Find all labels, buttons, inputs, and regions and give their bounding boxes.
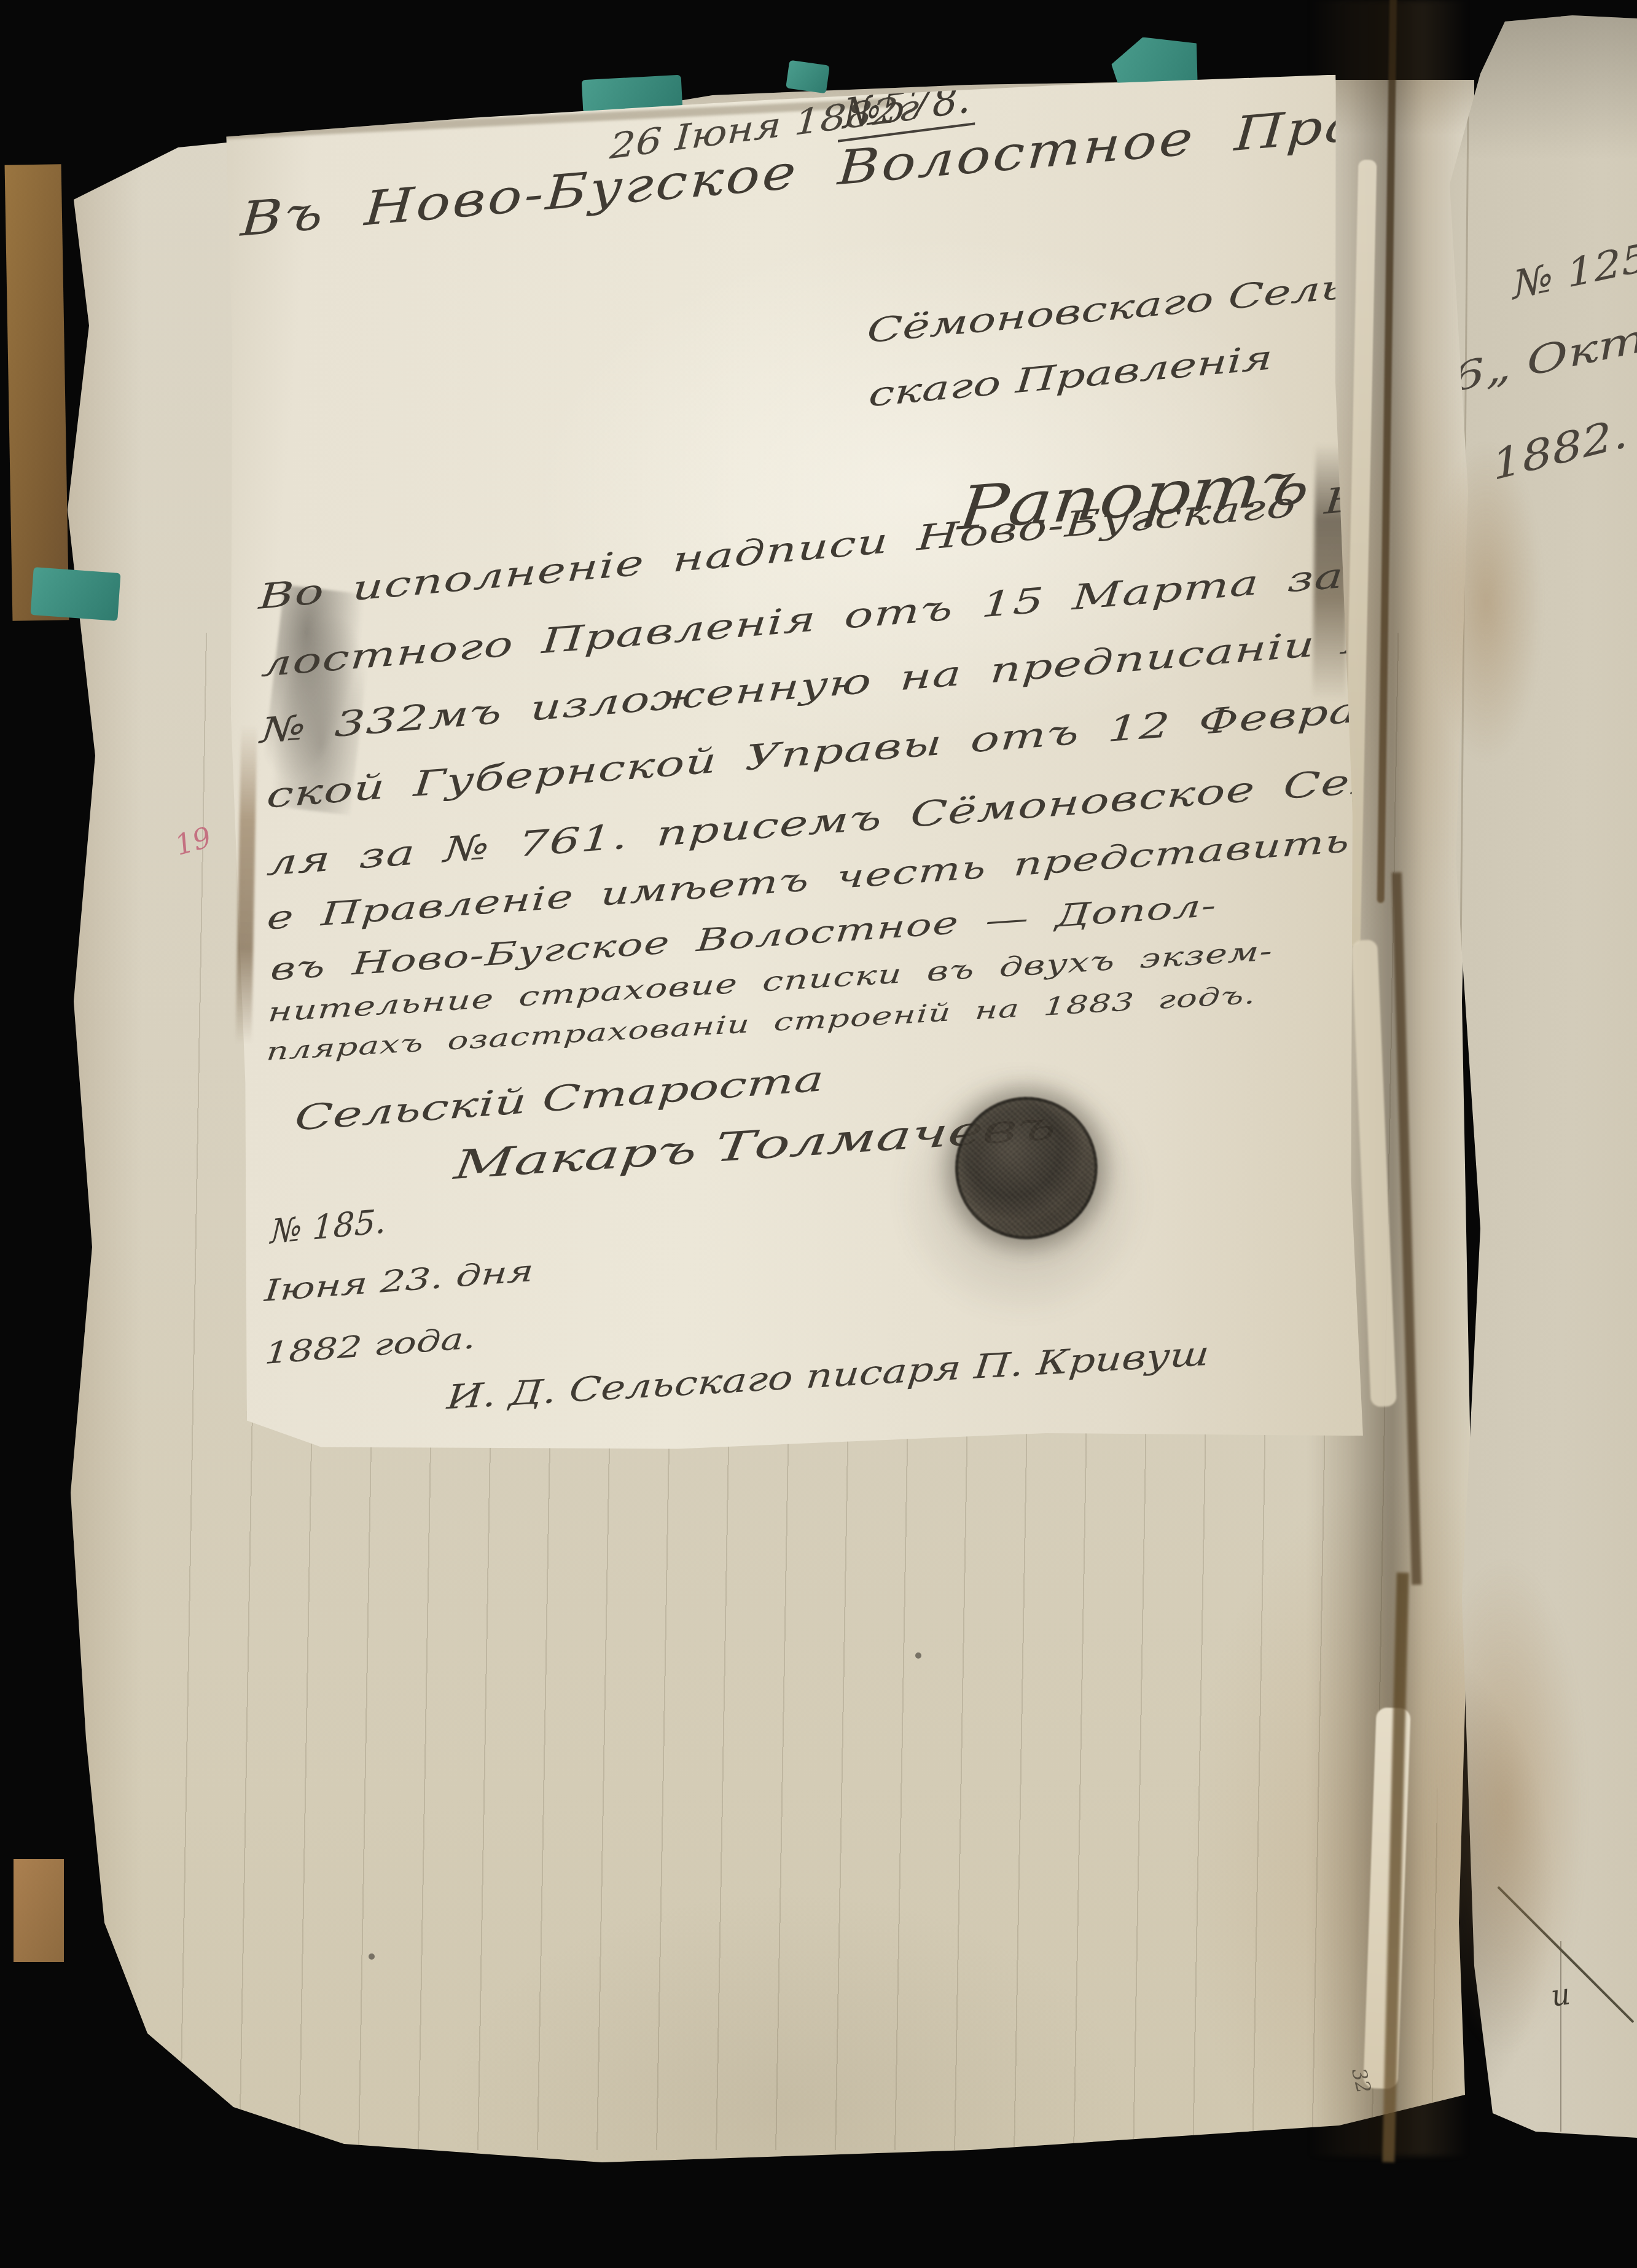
foxing-dot bbox=[369, 1953, 375, 1960]
sender-line-1: Сёмоновскаго Сель bbox=[866, 267, 1346, 351]
binding-tape-fragment bbox=[786, 60, 830, 94]
clerk-signature: И. Д. Сельскаго писаря П. Кривуш bbox=[445, 1334, 1211, 1417]
foxing-dot bbox=[915, 1652, 921, 1659]
incoming-number-note: № 1251. bbox=[1511, 225, 1637, 308]
water-stain bbox=[1431, 442, 1542, 762]
archival-photo-stage: 19 32 № 1251. „6„ Октя 1882. и 26 Іюня 1… bbox=[0, 0, 1637, 2268]
water-stain bbox=[1425, 1560, 1585, 2052]
binding-tape-fragment bbox=[30, 567, 120, 621]
date-line-2: 1882 года. bbox=[264, 1321, 477, 1371]
letter-sheet: 26 Іюня 1882г №578. Въ Ново-Бугское Воло… bbox=[217, 75, 1367, 1461]
cover-board-corner bbox=[14, 1859, 64, 1962]
cover-board-strip bbox=[5, 164, 69, 620]
sender-line-2: скаго Правленія bbox=[868, 338, 1274, 415]
date-line-1: Іюня 23. дня bbox=[264, 1254, 535, 1308]
outgoing-number: № 185. bbox=[270, 1202, 387, 1251]
